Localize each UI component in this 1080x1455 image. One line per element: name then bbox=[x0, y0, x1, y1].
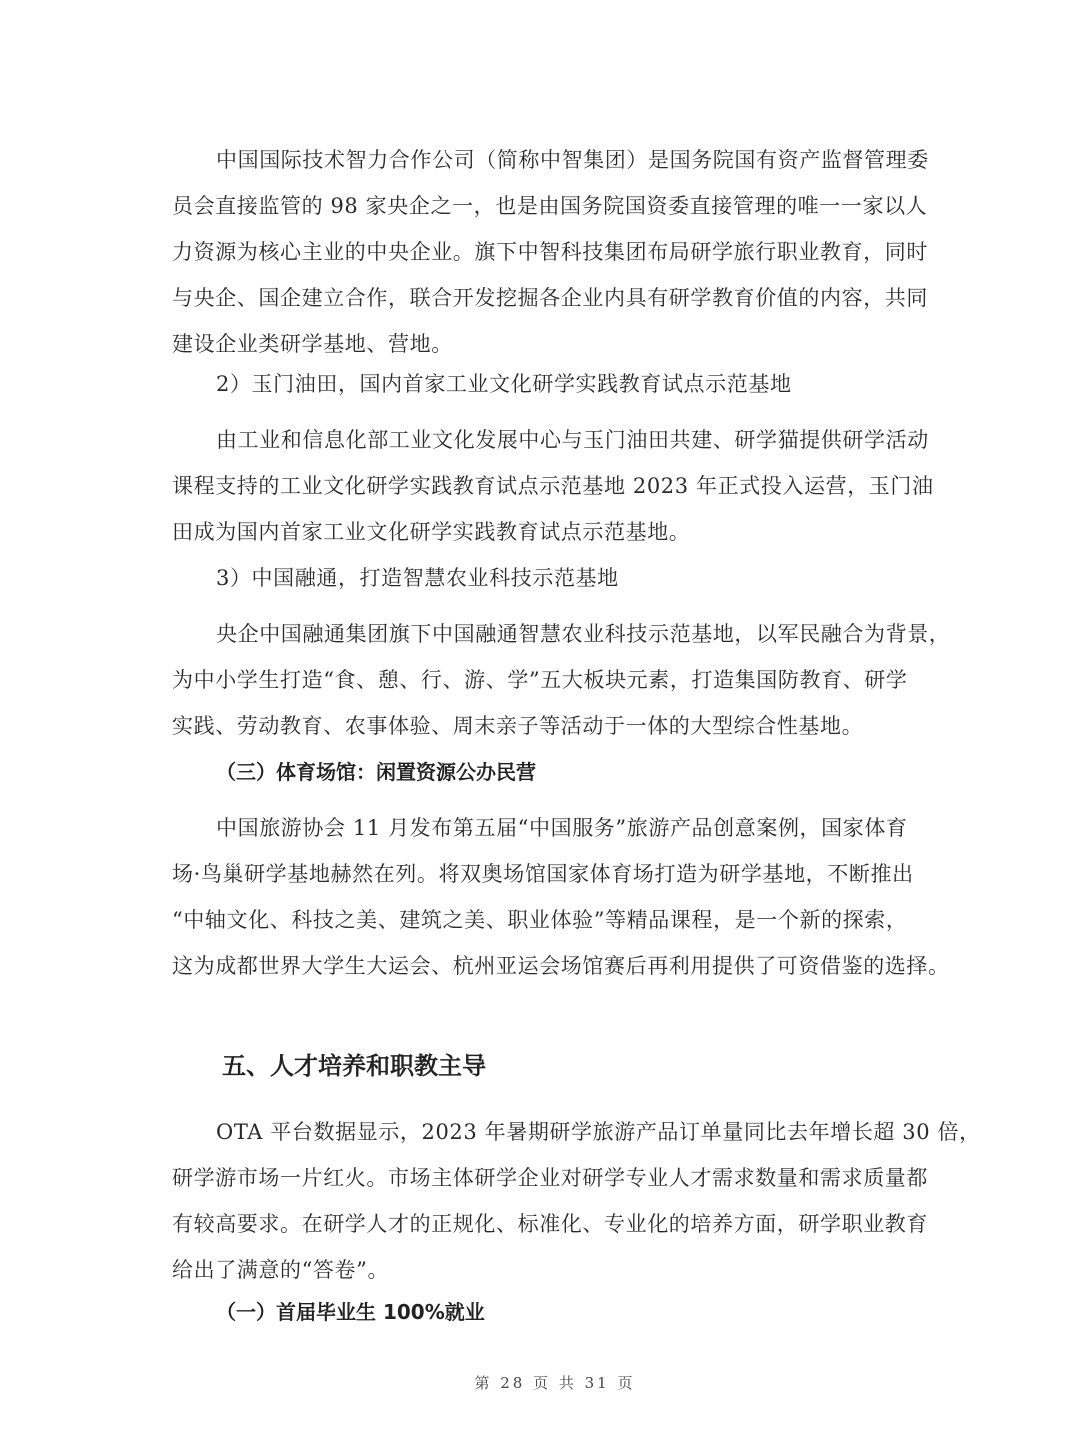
paragraph-line: 与央企、国企建立合作，联合开发挖掘各企业内具有研学教育价值的内容，共同 bbox=[172, 284, 932, 312]
subsection-heading: （一）首届毕业生 100%就业 bbox=[216, 1298, 485, 1326]
paragraph-line: 有较高要求。在研学人才的正规化、标准化、专业化的培养方面，研学职业教育 bbox=[172, 1210, 932, 1238]
paragraph-line: 给出了满意的“答卷”。 bbox=[172, 1256, 932, 1284]
paragraph-line: 实践、劳动教育、农事体验、周末亲子等活动于一体的大型综合性基地。 bbox=[172, 712, 932, 740]
paragraph-line: “中轴文化、科技之美、建筑之美、职业体验”等精品课程，是一个新的探索， bbox=[172, 906, 932, 934]
paragraph-line: 由工业和信息化部工业文化发展中心与玉门油田共建、研学猫提供研学活动 bbox=[216, 426, 976, 454]
paragraph-line: 力资源为核心主业的中央企业。旗下中智科技集团布局研学旅行职业教育，同时 bbox=[172, 238, 932, 266]
paragraph-line: 这为成都世界大学生大运会、杭州亚运会场馆赛后再利用提供了可资借鉴的选择。 bbox=[172, 952, 932, 980]
document-page: 中国国际技术智力合作公司（简称中智集团）是国务院国有资产监督管理委 员会直接监管… bbox=[0, 0, 1080, 1455]
chapter-heading: 五、人才培养和职教主导 bbox=[222, 1050, 486, 1082]
paragraph-line: 田成为国内首家工业文化研学实践教育试点示范基地。 bbox=[172, 518, 932, 546]
list-item-title: 3）中国融通，打造智慧农业科技示范基地 bbox=[216, 564, 976, 592]
paragraph-line: 中国国际技术智力合作公司（简称中智集团）是国务院国有资产监督管理委 bbox=[216, 146, 976, 174]
paragraph-line: 场·鸟巢研学基地赫然在列。将双奥场馆国家体育场打造为研学基地，不断推出 bbox=[172, 860, 932, 888]
list-item-title: 2）玉门油田，国内首家工业文化研学实践教育试点示范基地 bbox=[216, 370, 976, 398]
page-number-footer: 第 28 页 共 31 页 bbox=[0, 1372, 1080, 1393]
paragraph-line: 建设企业类研学基地、营地。 bbox=[172, 330, 932, 358]
section-heading: （三）体育场馆：闲置资源公办民营 bbox=[216, 758, 536, 786]
paragraph-line: OTA 平台数据显示，2023 年暑期研学旅游产品订单量同比去年增长超 30 倍… bbox=[216, 1118, 976, 1146]
paragraph-line: 央企中国融通集团旗下中国融通智慧农业科技示范基地，以军民融合为背景， bbox=[216, 620, 976, 648]
paragraph-line: 研学游市场一片红火。市场主体研学企业对研学专业人才需求数量和需求质量都 bbox=[172, 1164, 932, 1192]
paragraph-line: 中国旅游协会 11 月发布第五届“中国服务”旅游产品创意案例，国家体育 bbox=[216, 814, 976, 842]
paragraph-line: 员会直接监管的 98 家央企之一，也是由国务院国资委直接管理的唯一一家以人 bbox=[172, 192, 932, 220]
paragraph-line: 为中小学生打造“食、憩、行、游、学”五大板块元素，打造集国防教育、研学 bbox=[172, 666, 932, 694]
paragraph-line: 课程支持的工业文化研学实践教育试点示范基地 2023 年正式投入运营，玉门油 bbox=[172, 472, 932, 500]
